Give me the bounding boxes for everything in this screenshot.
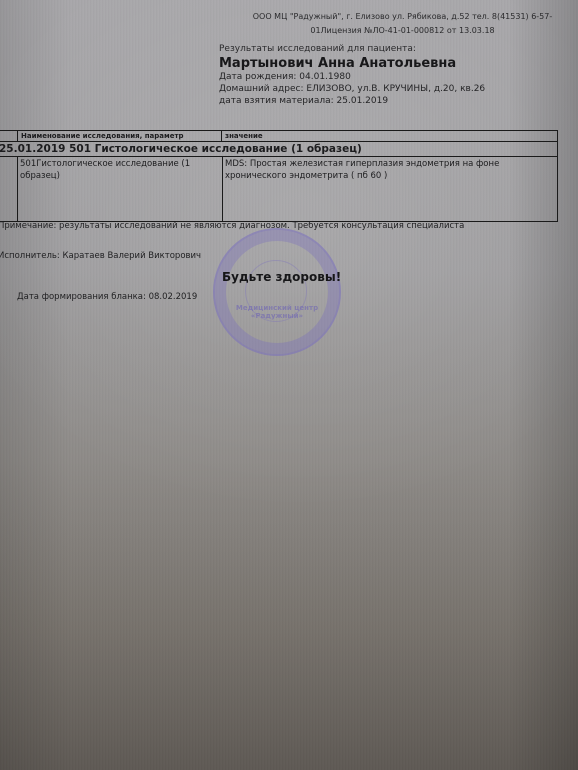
organization-header: ООО МЦ "Радужный", г. Елизово ул. Рябико…: [230, 10, 575, 38]
disclaimer-note: Примечание: результаты исследований не я…: [0, 221, 464, 231]
photo-shading: [0, 0, 578, 770]
home-address: Домашний адрес: ЕЛИЗОВО, ул.В. КРУЧИНЫ, …: [219, 84, 485, 94]
birth-date: Дата рождения: 04.01.1980: [219, 72, 351, 82]
column-header-parameter: Наименование исследования, параметр: [18, 131, 222, 141]
table-header-row: Наименование исследования, параметр знач…: [0, 131, 557, 142]
test-group-title: 25.01.2019 501 Гистологическое исследова…: [0, 142, 362, 156]
table-row: 501Гистологическое исследование (1 образ…: [0, 157, 557, 221]
stamp-text: Медицинский центр «Радужный»: [215, 304, 339, 320]
material-date: дата взятия материала: 25.01.2019: [219, 96, 388, 106]
row-spacer-cell: [0, 157, 18, 221]
executor: Исполнитель: Каратаев Валерий Викторович: [0, 251, 201, 261]
patient-name: Мартынович Анна Анатольевна: [219, 56, 456, 71]
column-header-value: значение: [222, 131, 557, 141]
clinic-stamp: Медицинский центр «Радужный»: [213, 228, 341, 356]
value-cell: MDS: Простая железистая гиперплазия эндо…: [223, 157, 557, 221]
results-title: Результаты исследований для пациента:: [219, 44, 416, 54]
wish-text: Будьте здоровы!: [222, 270, 341, 284]
form-date: Дата формирования бланка: 08.02.2019: [17, 292, 197, 302]
test-group-row: 25.01.2019 501 Гистологическое исследова…: [0, 142, 557, 157]
results-table: Наименование исследования, параметр знач…: [0, 130, 558, 222]
parameter-cell: 501Гистологическое исследование (1 образ…: [18, 157, 223, 221]
header-spacer-cell: [0, 131, 18, 141]
